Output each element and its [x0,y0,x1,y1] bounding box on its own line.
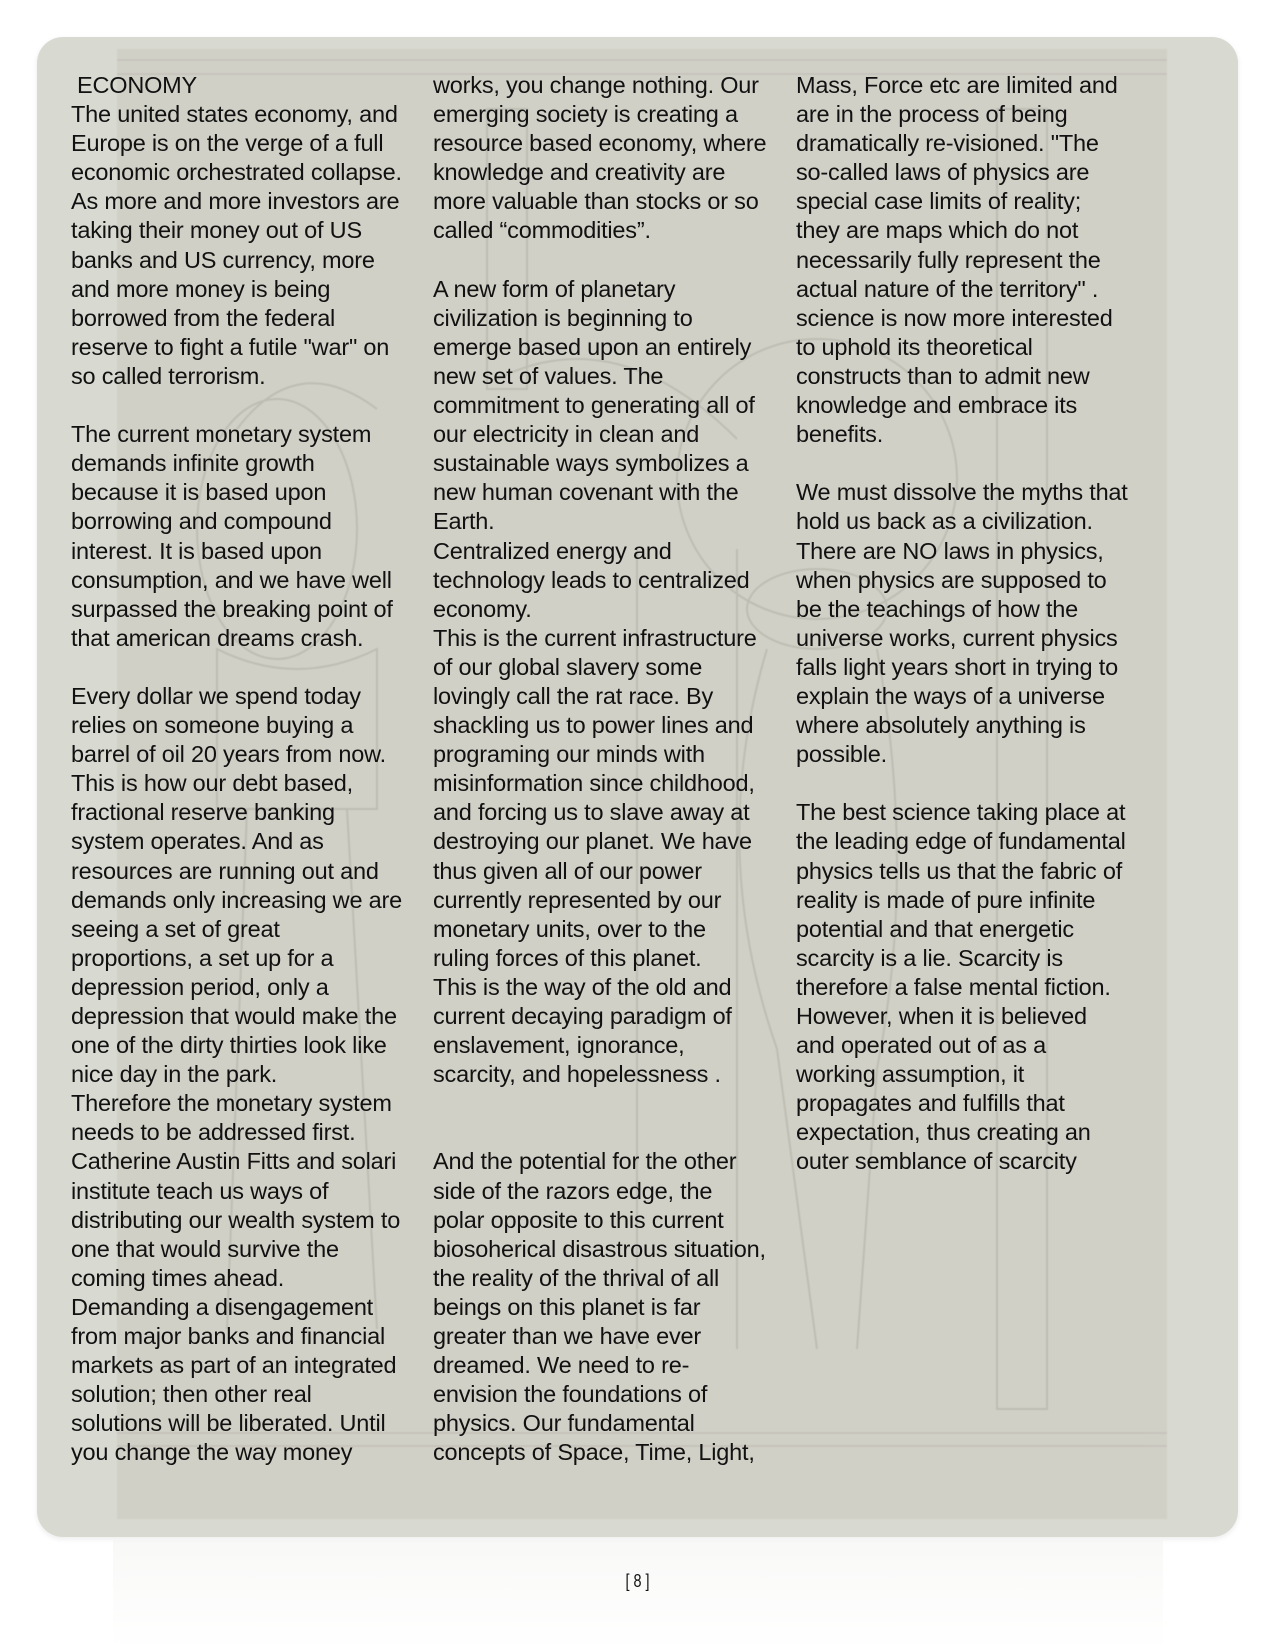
text-line: This is the way of the old and [433,973,793,1002]
text-line: currently represented by our [433,886,793,915]
text-line: actual nature of the territory" . [796,275,1158,304]
text-line: works, you change nothing. Our [433,71,793,100]
text-line: knowledge and creativity are [433,158,793,187]
text-line: and operated out of as a [796,1031,1158,1060]
text-line: scarcity is a lie. Scarcity is [796,944,1158,973]
text-line: because it is based upon [71,478,431,507]
text-line: be the teachings of how the [796,595,1158,624]
text-line: universe works, current physics [796,624,1158,653]
text-line: emerge based upon an entirely [433,333,793,362]
text-line: new set of values. The [433,362,793,391]
text-line: misinformation since childhood, [433,769,793,798]
text-line: hold us back as a civilization. [796,507,1158,536]
text-line [433,1089,793,1118]
text-line: nice day in the park. [71,1060,431,1089]
text-line: one of the dirty thirties look like [71,1031,431,1060]
text-line: lovingly call the rat race. By [433,682,793,711]
text-line: The united states economy, and [71,100,431,129]
text-line: relies on someone buying a [71,711,431,740]
text-line: system operates. And as [71,827,431,856]
text-line: coming times ahead. [71,1264,431,1293]
text-line: The current monetary system [71,420,431,449]
text-line: taking their money out of US [71,216,431,245]
text-line: thus given all of our power [433,857,793,886]
text-line: markets as part of an integrated [71,1351,431,1380]
text-line: emerging society is creating a [433,100,793,129]
text-line: banks and US currency, more [71,246,431,275]
text-line: depression period, only a [71,973,431,1002]
text-line: concepts of Space, Time, Light, [433,1438,793,1467]
text-line: greater than we have ever [433,1322,793,1351]
text-line: distributing our wealth system to [71,1206,431,1235]
text-line: beings on this planet is far [433,1293,793,1322]
text-line: dreamed. We need to re- [433,1351,793,1380]
text-line: current decaying paradigm of [433,1002,793,1031]
text-line: demands only increasing we are [71,886,431,915]
text-line: that american dreams crash. [71,624,431,653]
text-line: commitment to generating all of [433,391,793,420]
text-line: therefore a false mental fiction. [796,973,1158,1002]
text-line: needs to be addressed first. [71,1118,431,1147]
text-line: Earth. [433,507,793,536]
text-line: Europe is on the verge of a full [71,129,431,158]
text-line: and more money is being [71,275,431,304]
text-line: physics. Our fundamental [433,1409,793,1438]
text-line [796,769,1158,798]
text-line: so-called laws of physics are [796,158,1158,187]
text-line [433,1118,793,1147]
text-line: side of the razors edge, the [433,1177,793,1206]
text-line: This is the current infrastructure [433,624,793,653]
text-line: propagates and fulfills that [796,1089,1158,1118]
text-line: institute teach us ways of [71,1177,431,1206]
text-line: monetary units, over to the [433,915,793,944]
text-line: scarcity, and hopelessness . [433,1060,793,1089]
section-heading: ECONOMY [71,71,431,100]
text-line: solutions will be liberated. Until [71,1409,431,1438]
text-line: resource based economy, where [433,129,793,158]
text-column-2: works, you change nothing. Ouremerging s… [433,71,793,1468]
text-line: We must dissolve the myths that [796,478,1158,507]
text-line: working assumption, it [796,1060,1158,1089]
page-number: [ 8 ] [128,1571,1148,1592]
text-line: the reality of the thrival of all [433,1264,793,1293]
text-line: The best science taking place at [796,798,1158,827]
text-line: fractional reserve banking [71,798,431,827]
text-line: solution; then other real [71,1380,431,1409]
text-line: one that would survive the [71,1235,431,1264]
text-line: And the potential for the other [433,1147,793,1176]
text-line: depression that would make the [71,1002,431,1031]
text-column-1: ECONOMY The united states economy, andEu… [71,71,431,1468]
text-line: A new form of planetary [433,275,793,304]
text-line: enslavement, ignorance, [433,1031,793,1060]
text-line: and forcing us to slave away at [433,798,793,827]
text-line: reserve to fight a futile "war" on [71,333,431,362]
text-line: reality is made of pure infinite [796,886,1158,915]
text-line: barrel of oil 20 years from now. [71,740,431,769]
text-line: benefits. [796,420,1158,449]
text-line [796,449,1158,478]
text-line: where absolutely anything is [796,711,1158,740]
text-line: programing our minds with [433,740,793,769]
text-line: Mass, Force etc are limited and [796,71,1158,100]
text-line: envision the foundations of [433,1380,793,1409]
text-line: As more and more investors are [71,187,431,216]
text-line: new human covenant with the [433,478,793,507]
background-reflection [113,1540,1163,1650]
text-line: when physics are supposed to [796,566,1158,595]
text-line: Centralized energy and [433,537,793,566]
text-line: borrowing and compound [71,507,431,536]
text-line: Catherine Austin Fitts and solari [71,1147,431,1176]
text-line: you change the way money [71,1438,431,1467]
text-line: falls light years short in trying to [796,653,1158,682]
text-line: special case limits of reality; [796,187,1158,216]
text-line: expectation, thus creating an [796,1118,1158,1147]
text-line: destroying our planet. We have [433,827,793,856]
text-line: surpassed the breaking point of [71,595,431,624]
text-line [433,246,793,275]
text-line: explain the ways of a universe [796,682,1158,711]
text-line: constructs than to admit new [796,362,1158,391]
text-line: polar opposite to this current [433,1206,793,1235]
text-line: biosoherical disastrous situation, [433,1235,793,1264]
text-line: are in the process of being [796,100,1158,129]
text-line: necessarily fully represent the [796,246,1158,275]
text-line: possible. [796,740,1158,769]
text-line: consumption, and we have well [71,566,431,595]
text-column-3: Mass, Force etc are limited andare in th… [796,71,1158,1177]
text-line: science is now more interested [796,304,1158,333]
text-line: shackling us to power lines and [433,711,793,740]
text-line: Therefore the monetary system [71,1089,431,1118]
text-line [71,653,431,682]
text-line: to uphold its theoretical [796,333,1158,362]
text-line: This is how our debt based, [71,769,431,798]
text-line: resources are running out and [71,857,431,886]
text-line: technology leads to centralized [433,566,793,595]
text-line: demands infinite growth [71,449,431,478]
text-line: outer semblance of scarcity [796,1147,1158,1176]
text-line: However, when it is believed [796,1002,1158,1031]
text-line: our electricity in clean and [433,420,793,449]
text-line: economic orchestrated collapse. [71,158,431,187]
text-line: called “commodities”. [433,216,793,245]
text-line [71,391,431,420]
text-line: more valuable than stocks or so [433,187,793,216]
text-line: potential and that energetic [796,915,1158,944]
text-line: dramatically re-visioned. "The [796,129,1158,158]
text-line: ruling forces of this planet. [433,944,793,973]
text-line: physics tells us that the fabric of [796,857,1158,886]
text-line: from major banks and financial [71,1322,431,1351]
text-line: they are maps which do not [796,216,1158,245]
text-line: sustainable ways symbolizes a [433,449,793,478]
text-line: proportions, a set up for a [71,944,431,973]
text-line: the leading edge of fundamental [796,827,1158,856]
text-line: of our global slavery some [433,653,793,682]
text-line: so called terrorism. [71,362,431,391]
text-line: borrowed from the federal [71,304,431,333]
text-line: seeing a set of great [71,915,431,944]
text-line: knowledge and embrace its [796,391,1158,420]
text-line: economy. [433,595,793,624]
text-line: Demanding a disengagement [71,1293,431,1322]
text-line: There are NO laws in physics, [796,537,1158,566]
text-line: interest. It is based upon [71,537,431,566]
text-line: Every dollar we spend today [71,682,431,711]
text-line: civilization is beginning to [433,304,793,333]
